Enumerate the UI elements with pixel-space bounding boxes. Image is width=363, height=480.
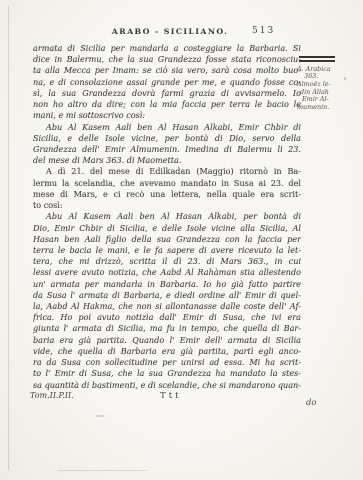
text-line: na, e di consolazione assai grande per m… [33,77,301,88]
text-line: ta alla Mecca per Imam: se ciò sia vero,… [33,65,301,76]
text-line: del mese di Mars 363. di Maometta. [33,155,301,166]
text-line: tera, che mi drizzò, scritta il dì 23. d… [33,256,301,267]
text-line: to l' Emir di Susa, che la sua Grandezza… [33,368,301,379]
text-line: baria era già partita. Quando l' Emir de… [33,335,301,346]
text-line: sa quantità di bastimenti, e di scelandi… [33,380,301,391]
margin-note-line: mumenin. [297,104,353,112]
text-line: armata di Sicilia per mandarla a costegg… [33,43,301,54]
scan-speck [58,470,148,471]
catchword: do [306,397,316,407]
text-line: mese di Mars, e ci recò una lettera, nel… [33,189,301,200]
text-line: Sicilia, e delle Isole vicine, per bontà… [33,133,301,144]
text-line: to così: [33,200,301,211]
page-number: 513 [252,26,275,36]
text-line: lermu la scelandia, che avevamo mandato … [33,178,301,189]
text-line: frica. Ho poi avuto notizia dall' Emir d… [33,312,301,323]
text-line: mani, e mi sottoscrivo così: [33,110,301,121]
text-line: dice in Balermu, che la sua Grandezza fo… [33,54,301,65]
scan-speck [344,77,346,80]
margin-note-double-rule [299,56,335,62]
text-line: la, Aabd Al Hakma, che non si allontanas… [33,301,301,312]
text-line: sì, la sua Grandezza dovrà farmi grazia … [33,88,301,99]
text-line: vide, che quella di Barbaria era già par… [33,346,301,357]
text-line: giunta l' armata di Sicilia, ma fu in te… [33,323,301,334]
text-line: Abu Al Kasem Aali ben Al Hasan Alkabi, E… [33,122,301,133]
text-line: da Susa l' armata di Barbaria, e diedi o… [33,290,301,301]
gathering-signature: Ttt [160,391,182,401]
text-line: lessi avere avuto notizia, che Aabd Al R… [33,267,301,278]
text-line: un' armata per mandarla in Barbaria. Io … [33,279,301,290]
text-line: Hasan ben Aali figlio della sua Grandezz… [33,234,301,245]
text-line: Grandezza dell' Emir Almumenin. Imedina … [33,144,301,155]
scan-speck [96,415,105,417]
scan-edge-artifact [8,6,9,470]
margin-note: A. Arabica 363. Almoëz le- din Allah Emi… [297,56,353,112]
text-line: ra da Susa con sollecitudine per unirsi … [33,357,301,368]
text-line: Abu Al Kasem Aali ben Al Hasan Alkabi, p… [33,211,301,222]
body-text-block: armata di Sicilia per mandarla a costegg… [33,43,301,391]
text-line: non ho altro da dire; con la mia faccia … [33,99,301,110]
scanned-book-page: ARABO - SICILIANO. 513 armata di Sicilia… [0,0,363,480]
text-line: terra le bacia le mani, e le fa sapere d… [33,245,301,256]
volume-label: Tom.II.P.II. [30,391,74,400]
text-line: Dio, Emir Chbir di Sicilia, e delle Isol… [33,223,301,234]
text-line: A dì 21. del mese di Edilkadan (Maggio) … [33,166,301,177]
